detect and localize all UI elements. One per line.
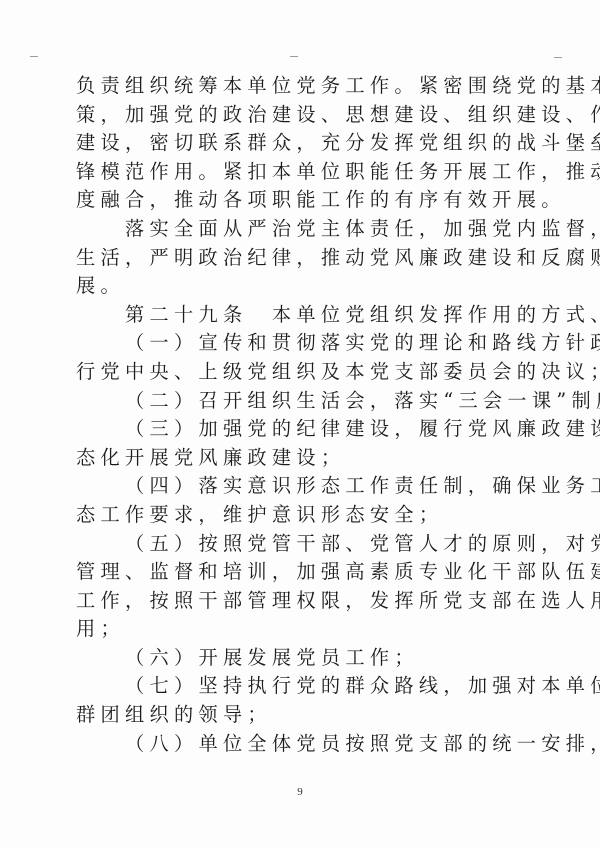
page-number: 9 [0, 786, 600, 798]
list-item-2-line: （二）召开组织生活会，落实“三会一课”制度； [76, 387, 522, 416]
text-line: 展。 [76, 272, 522, 301]
text-line: 负责组织统筹本单位党务工作。紧密围绕党的基本路线和方针政 [76, 72, 522, 101]
text-line: 工作，按照干部管理权限，发挥所党支部在选人用人中的把关作 [76, 587, 522, 616]
scan-mark-right [554, 57, 562, 58]
list-item-5-line: （五）按照党管干部、党管人才的原则，对党员进行教育、 [76, 530, 522, 559]
list-item-6-line: （六）开展发展党员工作； [76, 644, 522, 673]
article-heading-line: 第二十九条 本单位党组织发挥作用的方式、途径和程序： [76, 301, 522, 330]
list-item-4-line: （四）落实意识形态工作责任制，确保业务工作体现意识形 [76, 472, 522, 501]
text-line: 行党中央、上级党组织及本党支部委员会的决议； [76, 358, 522, 387]
text-line: 态化开展党风廉政建设； [76, 444, 522, 473]
list-item-8-line: （八）单位全体党员按照党支部的统一安排，参与党的各项 [76, 730, 522, 759]
scan-mark-left [30, 56, 38, 57]
text-line: 建设，密切联系群众，充分发挥党组织的战斗堡垒作用和党员先 [76, 129, 522, 158]
text-line: 生活，严明政治纪律，推动党风廉政建设和反腐败斗争向纵深发 [76, 244, 522, 273]
text-line: 管理、监督和培训，加强高素质专业化干部队伍建设，做好人才 [76, 558, 522, 587]
body-text: 负责组织统筹本单位党务工作。紧密围绕党的基本路线和方针政 策，加强党的政治建设、… [76, 72, 522, 758]
text-line: 态工作要求，维护意识形态安全； [76, 501, 522, 530]
text-line: 锋模范作用。紧扣本单位职能任务开展工作，推动党建和业务深 [76, 158, 522, 187]
text-line: 度融合，推动各项职能工作的有序有效开展。 [76, 186, 522, 215]
document-page: 负责组织统筹本单位党务工作。紧密围绕党的基本路线和方针政 策，加强党的政治建设、… [0, 0, 600, 848]
text-line: 用； [76, 615, 522, 644]
list-item-7-line: （七）坚持执行党的群众路线，加强对本单位工、青、妇等 [76, 672, 522, 701]
text-line: 策，加强党的政治建设、思想建设、组织建设、作风建设、纪律 [76, 101, 522, 130]
text-line: 群团组织的领导； [76, 701, 522, 730]
paragraph-start-line: 落实全面从严治党主体责任，加强党内监督，严肃党内政治 [76, 215, 522, 244]
scan-mark-center [290, 56, 298, 57]
list-item-1-line: （一）宣传和贯彻落实党的理论和路线方针政策，宣传和执 [76, 329, 522, 358]
list-item-3-line: （三）加强党的纪律建设，履行党风廉政建设主体责任，常 [76, 415, 522, 444]
